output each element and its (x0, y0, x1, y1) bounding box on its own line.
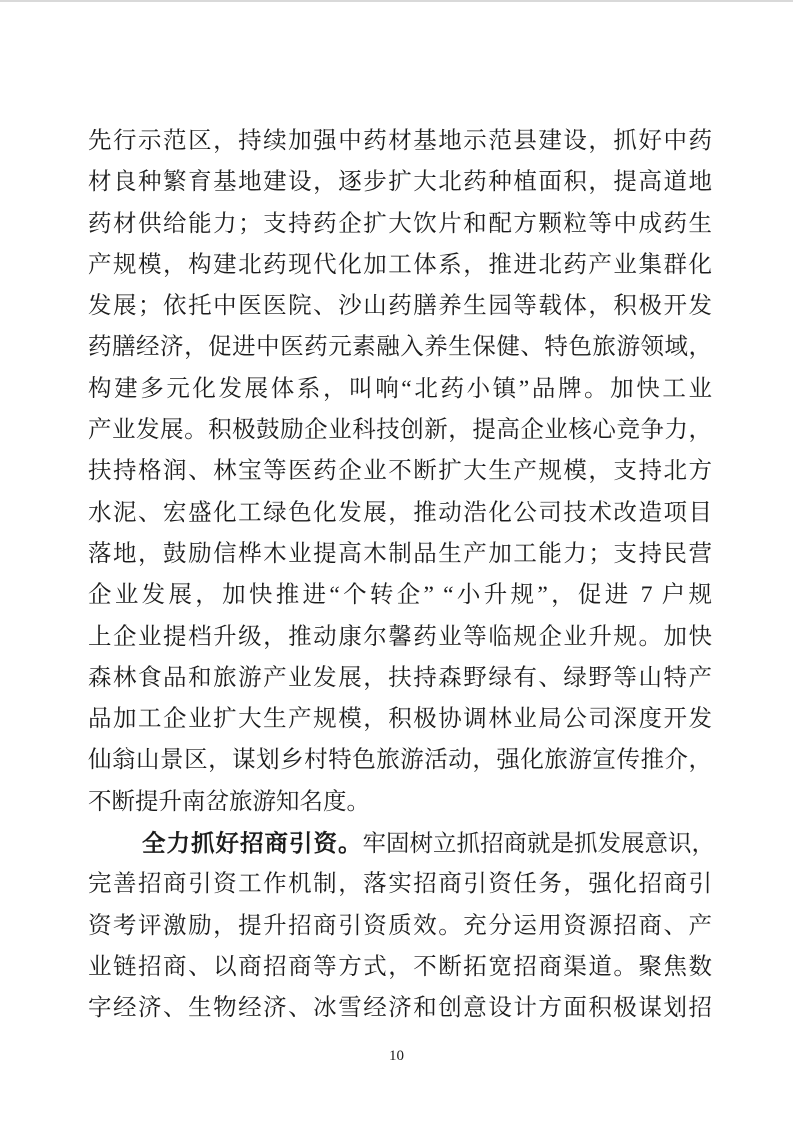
text-line: 水泥、宏盛化工绿色化发展，推动浩化公司技术改造项目 (88, 493, 712, 534)
text-line: 发展；依托中医医院、沙山药膳养生园等载体，积极开发 (88, 286, 712, 327)
text-line: 字经济、生物经济、冰雪经济和创意设计方面积极谋划招 (88, 988, 712, 1029)
page-top-edge-divider (0, 0, 793, 2)
text-line: 资考评激励，提升招商引资质效。充分运用资源招商、产 (88, 906, 712, 947)
text-line: 上企业提档升级，推动康尔馨药业等临规企业升规。加快 (88, 617, 712, 658)
document-body-text: 先行示范区，持续加强中药材基地示范县建设，抓好中药 材良种繁育基地建设，逐步扩大… (88, 121, 712, 1030)
text-line: 仙翁山景区，谋划乡村特色旅游活动，强化旅游宣传推介， (88, 740, 712, 781)
paragraph2-first-line: 全力抓好招商引资。牢固树立抓招商就是抓发展意识， (88, 823, 712, 864)
text-line-paragraph-end: 不断提升南岔旅游知名度。 (88, 782, 712, 823)
text-line: 先行示范区，持续加强中药材基地示范县建设，抓好中药 (88, 121, 712, 162)
text-line: 企业发展，加快推进“个转企” “小升规”，促进 7 户规 (88, 575, 712, 616)
text-line: 药材供给能力；支持药企扩大饮片和配方颗粒等中成药生 (88, 204, 712, 245)
text-line: 品加工企业扩大生产规模，积极协调林业局公司深度开发 (88, 699, 712, 740)
paragraph2-first-line-text: 牢固树立抓招商就是抓发展意识， (363, 831, 716, 857)
text-line: 业链招商、以商招商等方式，不断拓宽招商渠道。聚焦数 (88, 947, 712, 988)
text-line: 完善招商引资工作机制，落实招商引资任务，强化招商引 (88, 864, 712, 905)
text-line: 构建多元化发展体系，叫响“北药小镇”品牌。加快工业 (88, 369, 712, 410)
text-line: 扶持格润、林宝等医药企业不断扩大生产规模，支持北方 (88, 451, 712, 492)
text-line: 材良种繁育基地建设，逐步扩大北药种植面积，提高道地 (88, 162, 712, 203)
text-line: 落地，鼓励信桦木业提高木制品生产加工能力；支持民营 (88, 534, 712, 575)
text-line: 产业发展。积极鼓励企业科技创新，提高企业核心竞争力， (88, 410, 712, 451)
page-number: 10 (0, 1048, 793, 1065)
text-line: 药膳经济，促进中医药元素融入养生保健、特色旅游领域， (88, 327, 712, 368)
document-page: 先行示范区，持续加强中药材基地示范县建设，抓好中药 材良种繁育基地建设，逐步扩大… (0, 0, 793, 1122)
paragraph2-bold-lead: 全力抓好招商引资。 (142, 830, 363, 856)
text-line: 森林食品和旅游产业发展，扶持森野绿有、绿野等山特产 (88, 658, 712, 699)
text-line: 产规模，构建北药现代化加工体系，推进北药产业集群化 (88, 245, 712, 286)
